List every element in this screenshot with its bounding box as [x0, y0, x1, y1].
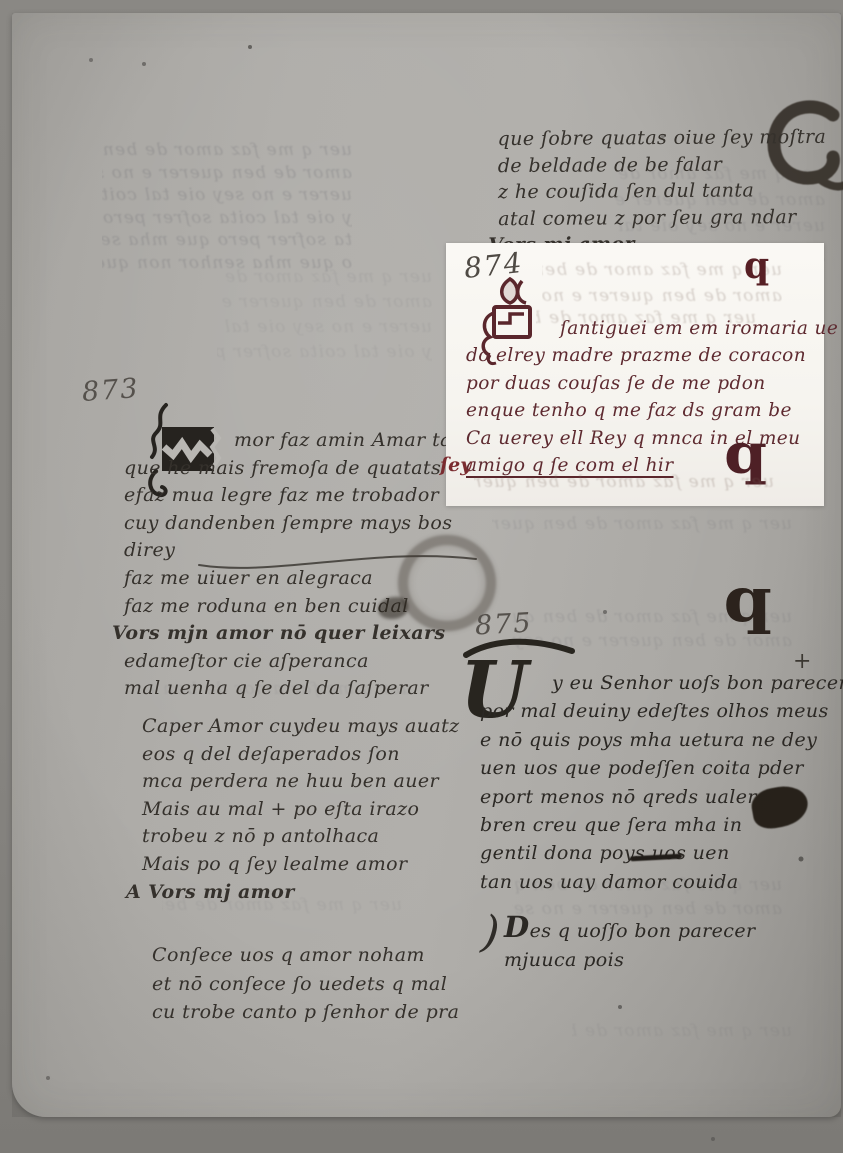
manuscript-line: cu trobe canto p ſenhor de pra: [152, 998, 459, 1027]
manuscript-line: Caper Amor cuydeu mays auatz: [142, 713, 460, 741]
margin-bracket: ): [479, 906, 501, 959]
manuscript-line: Des q uoſſo bon parecer: [504, 913, 755, 946]
manuscript-line: trobeu z nō p antolhaca: [142, 823, 460, 851]
margin-initial-q: q: [723, 563, 772, 636]
show-through-line: uer q me faz amor de ben querer e no sey…: [102, 139, 352, 162]
manuscript-line: Mais po q ſey lealme amor: [142, 851, 460, 879]
manuscript-line: cuy dandenben ſempre mays bos: [124, 510, 522, 538]
show-through-line: uer q me faz amor de ben querer e no sey…: [217, 265, 432, 290]
manuscript-line: et nō conſece ſo uedets q mal: [152, 970, 459, 999]
manuscript-line: atal comeu z por ſeu gra ndar: [498, 203, 827, 232]
show-through-block: uer q me faz amor de ben querer e no sey…: [492, 511, 792, 537]
manuscript-line: tan uos uay damor couida: [480, 868, 843, 896]
show-through-line: o que mha senhor non quer ualer uer q me…: [102, 252, 352, 275]
manuscript-line: Conſece uos q amor noham: [152, 941, 459, 970]
manuscript-line: por duas couſas ſe de me pdon: [466, 370, 838, 397]
show-through-line: uer q me faz amor de ben querer e no sey…: [492, 511, 792, 537]
poem-873-stanza-2: Caper Amor cuydeu mays auatzeos q del de…: [142, 713, 460, 906]
manuscript-line: por mal deuiny edeſtes olhos meus: [480, 697, 843, 725]
box-initial-q-large: q: [724, 421, 767, 487]
show-through-line: uer q me faz amor de ben querer e no sey…: [572, 1019, 792, 1044]
manuscript-line: ſantiguei em em iromaria ue: [466, 315, 838, 342]
manuscript-line: mjuuca pois: [504, 946, 755, 975]
manuscript-line: Ca uerey ell Rey q mnca in el meu: [466, 425, 838, 452]
show-through-line: amor de ben querer e no sey oie tal coit…: [217, 290, 432, 315]
poem-number-873: 873: [81, 373, 141, 408]
refrain-block: Des q uoſſo bon parecermjuuca pois: [504, 913, 755, 975]
show-through-block: uer q me faz amor de ben querer e no sey…: [572, 1019, 792, 1044]
poem-874-block: ſantiguei em em iromaria uedo elrey madr…: [466, 315, 838, 479]
manuscript-line: e nō quis poys mha uetura ne dey: [480, 726, 843, 754]
show-through-line: amor de ben querer e no sey oie tal coit…: [102, 162, 352, 185]
show-through-block: uer q me faz amor de ben querer e no sey…: [102, 139, 352, 274]
show-through-block: uer q me faz amor de ben querer e no sey…: [217, 265, 432, 365]
show-through-line: uerer e no sey oie tal coita sofrer pero…: [217, 315, 432, 340]
manuscript-line: amigo q ſe com el hir: [466, 452, 838, 479]
poem-top-block: que ſobre quatas oiue ſey moſtrade belda…: [498, 124, 828, 259]
poem-875-block: y eu Senhor uoſs bon parecerpor mal deui…: [480, 669, 843, 896]
manuscript-line: A Vors mj amor: [126, 879, 460, 907]
manuscript-photo: uer q me faz amor de ben querer e no sey…: [0, 0, 843, 1153]
manuscript-line: y eu Senhor uoſs bon parecer: [480, 669, 843, 697]
show-through-line: uerer e no sey oie tal coita sofrer pero…: [102, 184, 352, 207]
manuscript-line: enque tenho q me faz ds gram be: [466, 397, 838, 424]
parchment-page: uer q me faz amor de ben querer e no sey…: [12, 13, 841, 1117]
manuscript-line: gentil dona poys uos uen: [480, 839, 843, 867]
manuscript-line: Mais au mal + po eſta irazo: [142, 796, 460, 824]
manuscript-line: eos q del deſaperados ſon: [142, 741, 460, 769]
manuscript-line: do elrey madre prazme de coracon: [466, 342, 838, 369]
box-initial-q-small: q: [744, 245, 769, 287]
highlight-overlay: 874 uer q me faz amor de ben querer e no…: [446, 243, 824, 506]
paper-specks: [12, 13, 14, 15]
show-through-line: ta sofrer pero que mha senhor non quer u…: [102, 229, 352, 252]
poem-873-stanza-3: Conſece uos q amor nohamet nō conſece ſo…: [152, 941, 459, 1027]
show-through-line: y oie tal coita sofrer pero que mha senh…: [217, 340, 432, 365]
manuscript-line: mca perdera ne huu ben auer: [142, 768, 460, 796]
manuscript-line: uen uos que podeſſen coita pder: [480, 754, 843, 782]
manuscript-line: que ſobre quatas oiue ſey moſtra: [498, 124, 827, 153]
manuscript-line: de beldade de be falar: [498, 150, 827, 179]
manuscript-line: z he couſida ſen dul tanta: [498, 177, 827, 206]
show-through-line: y oie tal coita sofrer pero que mha senh…: [102, 207, 352, 230]
red-word-sey: ſey: [440, 454, 471, 476]
